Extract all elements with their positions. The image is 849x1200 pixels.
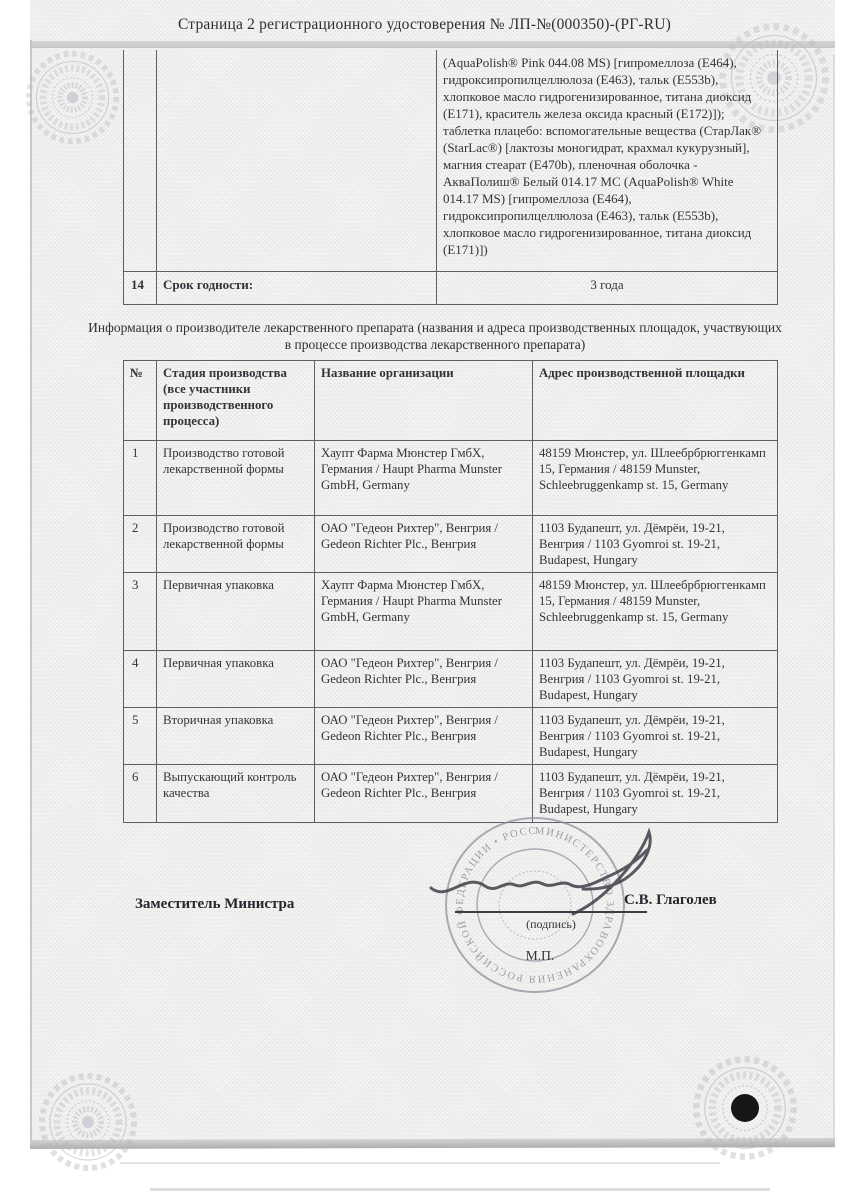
stage-cell: Выпускающий контроль качества bbox=[157, 765, 315, 823]
punch-hole-dot bbox=[731, 1094, 759, 1122]
row-number: 4 bbox=[123, 651, 157, 708]
signature-caption: (подпись) bbox=[455, 917, 647, 932]
stage-cell: Первичная упаковка bbox=[157, 573, 315, 651]
row-number: 3 bbox=[123, 573, 157, 651]
stage-cell: Вторичная упаковка bbox=[157, 708, 315, 765]
excipients-paragraph: таблетка плацебо: вспомогательные вещест… bbox=[443, 122, 771, 258]
organization-cell: ОАО "Гедеон Рихтер", Венгрия / Gedeon Ri… bbox=[315, 651, 533, 708]
organization-cell: Хаупт Фарма Мюнстер ГмбХ, Германия / Hau… bbox=[315, 573, 533, 651]
row-number: 6 bbox=[123, 765, 157, 823]
column-header-organization: Название организации bbox=[315, 361, 533, 441]
address-cell: 1103 Будапешт, ул. Дёмрёи, 19-21, Венгри… bbox=[533, 516, 778, 573]
signature-line bbox=[455, 911, 647, 913]
address-cell: 48159 Мюнстер, ул. Шлеебрбрюггенкамп 15,… bbox=[533, 573, 778, 651]
page-title: Страница 2 регистрационного удостоверени… bbox=[0, 16, 849, 34]
organization-cell: ОАО "Гедеон Рихтер", Венгрия / Gedeon Ri… bbox=[315, 516, 533, 573]
column-header-address: Адрес производственной площадки bbox=[533, 361, 778, 441]
excipients-paragraph: (AquaPolish® Pink 044.08 MS) [гипромелло… bbox=[443, 54, 771, 122]
manufacturers-table: № Стадия производства (все участники про… bbox=[123, 360, 778, 823]
seal-place-mark: М.П. bbox=[455, 948, 625, 964]
empty-cell bbox=[123, 50, 157, 272]
top-table: (AquaPolish® Pink 044.08 MS) [гипромелло… bbox=[123, 50, 778, 305]
excipients-cell: (AquaPolish® Pink 044.08 MS) [гипромелло… bbox=[437, 50, 778, 272]
organization-cell: ОАО "Гедеон Рихтер", Венгрия / Gedeon Ri… bbox=[315, 708, 533, 765]
row-number: 1 bbox=[123, 441, 157, 516]
column-header-stage: Стадия производства (все участники произ… bbox=[157, 361, 315, 441]
column-header-number: № bbox=[123, 361, 157, 441]
stage-cell: Производство готовой лекарственной формы bbox=[157, 441, 315, 516]
shelf-life-label: Срок годности: bbox=[157, 272, 437, 305]
row-number: 2 bbox=[123, 516, 157, 573]
handwritten-signature-icon bbox=[423, 826, 667, 924]
stage-cell: Производство готовой лекарственной формы bbox=[157, 516, 315, 573]
guilloche-rosette-icon bbox=[25, 50, 120, 145]
guilloche-rosette-icon bbox=[38, 1072, 138, 1172]
row-number: 5 bbox=[123, 708, 157, 765]
empty-cell bbox=[157, 50, 437, 272]
organization-cell: Хаупт Фарма Мюнстер ГмбХ, Германия / Hau… bbox=[315, 441, 533, 516]
shelf-life-row-number: 14 bbox=[123, 272, 157, 305]
stage-cell: Первичная упаковка bbox=[157, 651, 315, 708]
signatory-name: С.В. Глаголев bbox=[624, 892, 717, 909]
address-cell: 1103 Будапешт, ул. Дёмрёи, 19-21, Венгри… bbox=[533, 708, 778, 765]
shelf-life-value: 3 года bbox=[437, 272, 778, 305]
address-cell: 1103 Будапешт, ул. Дёмрёи, 19-21, Венгри… bbox=[533, 651, 778, 708]
signatory-title: Заместитель Министра bbox=[135, 896, 294, 913]
scan-streak bbox=[150, 1188, 770, 1191]
manufacturer-info-paragraph: Информация о производителе лекарственног… bbox=[85, 319, 785, 353]
scan-streak bbox=[120, 1162, 720, 1164]
address-cell: 48159 Мюнстер, ул. Шлеебрбрюггенкамп 15,… bbox=[533, 441, 778, 516]
